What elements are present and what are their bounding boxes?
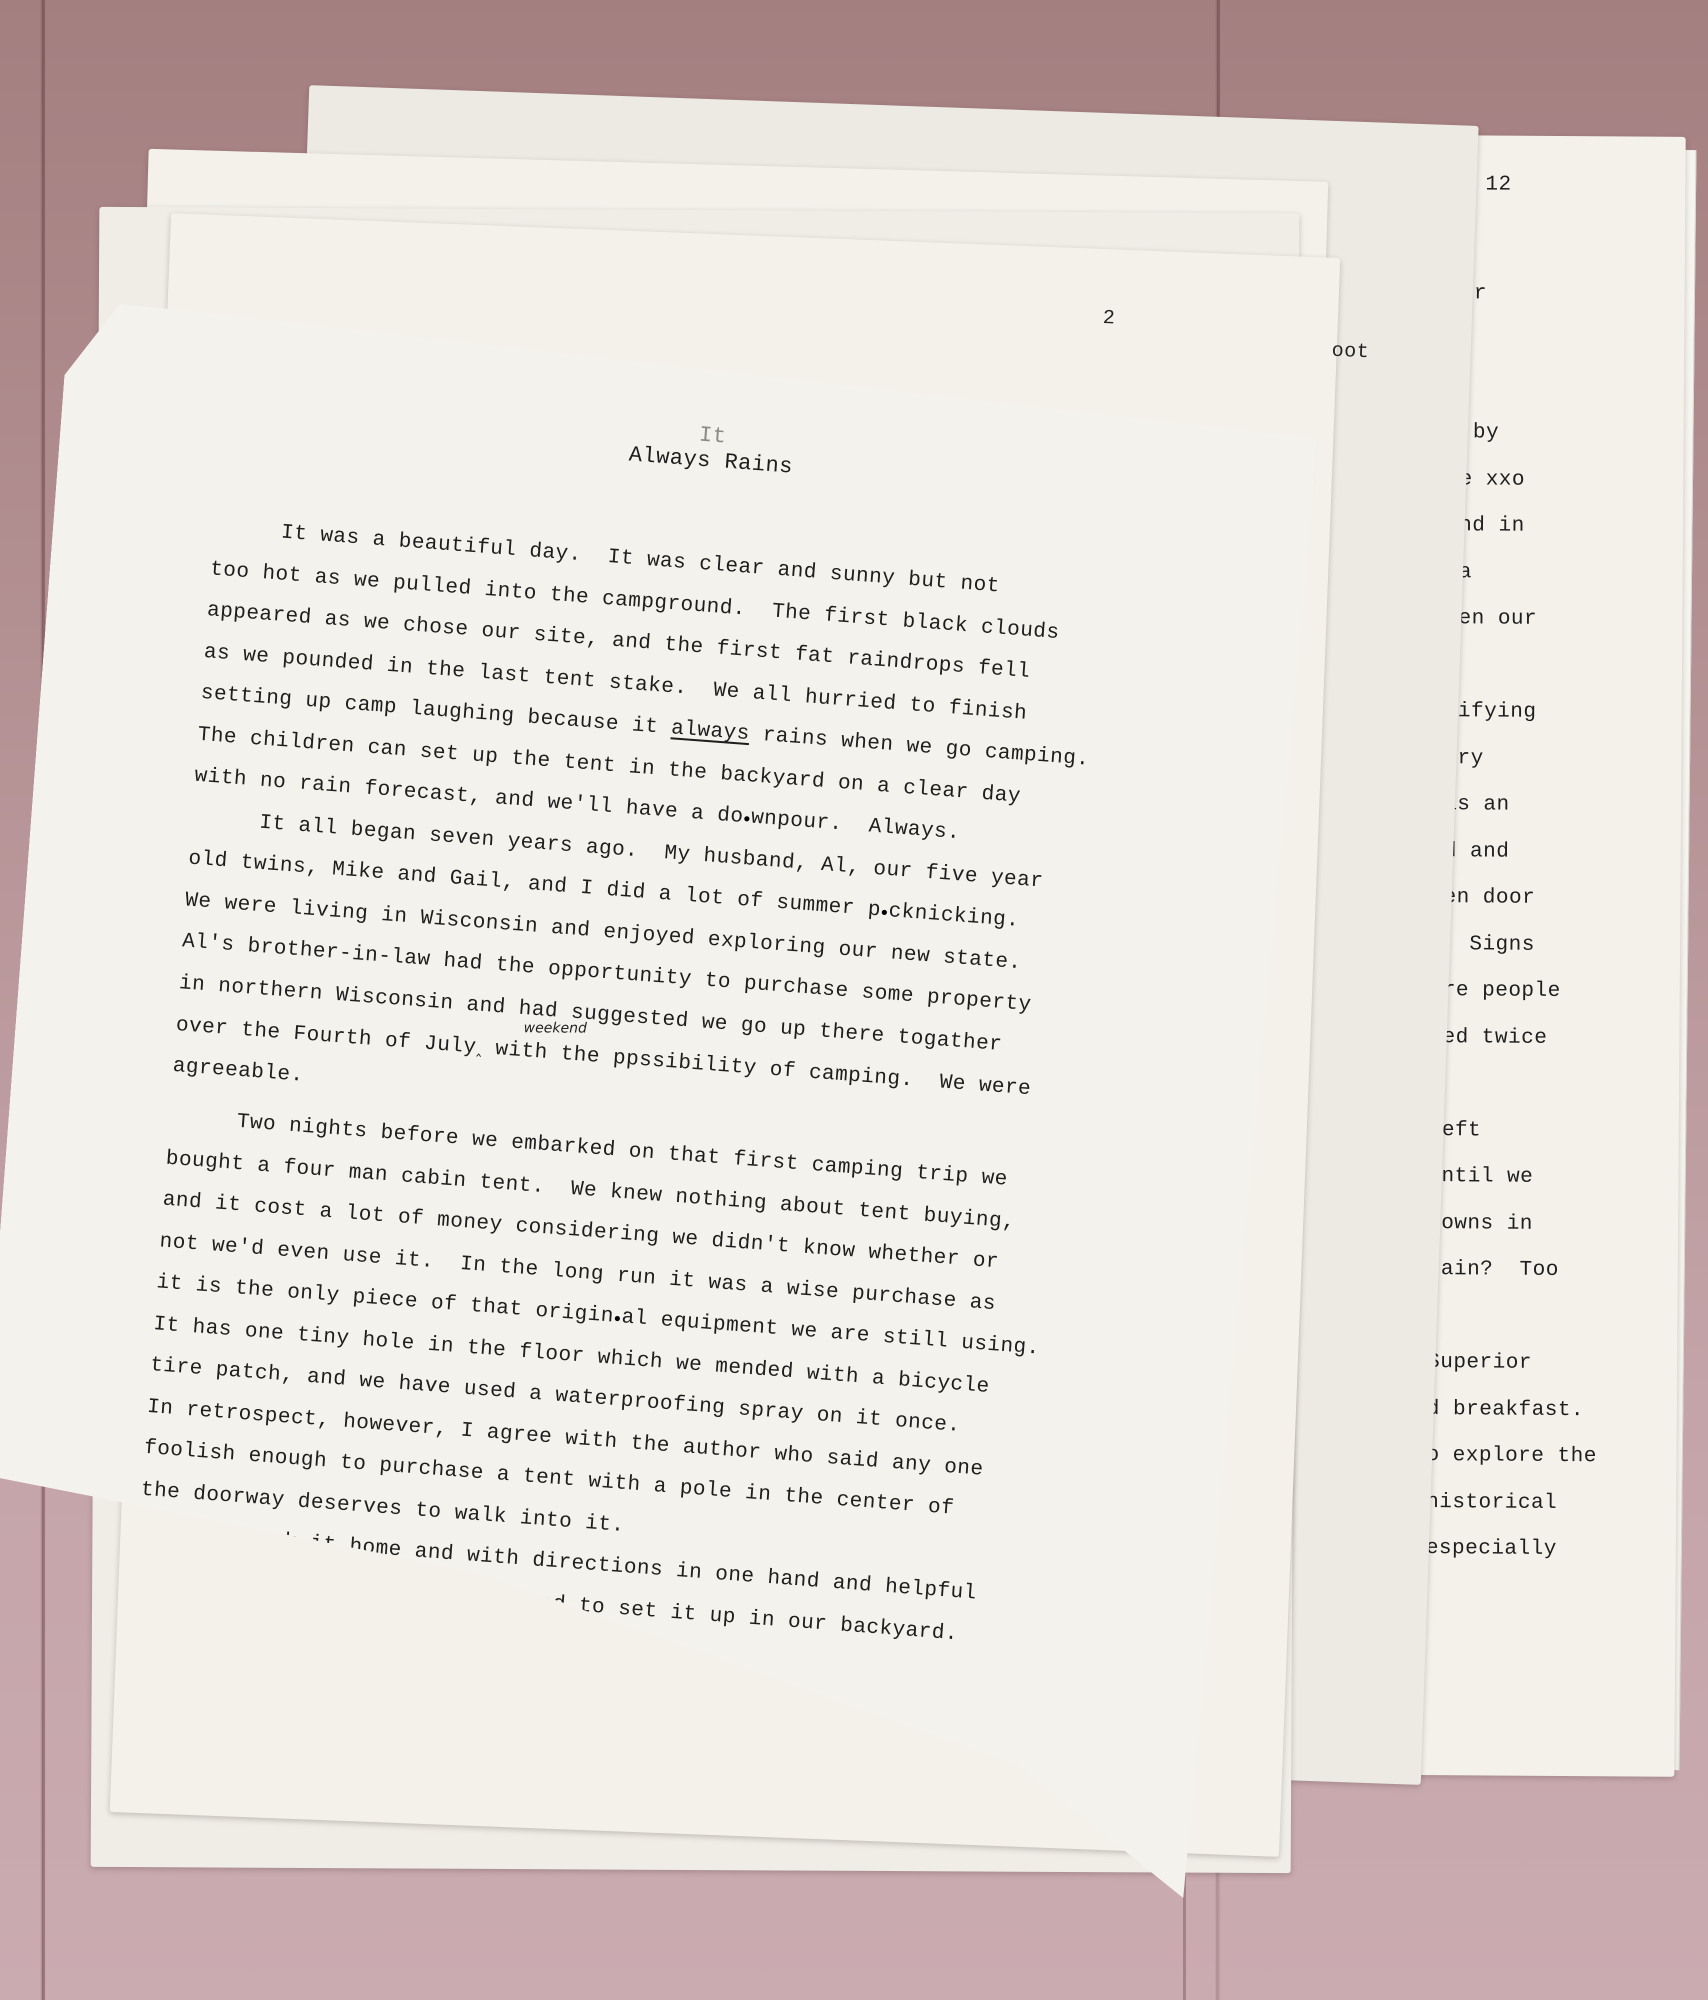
right-page-fragment-line: especially [1426, 1537, 1557, 1561]
paragraph: Two nights before we embarked on that fi… [139, 1097, 1147, 1584]
overtype-blot: ● [880, 906, 889, 921]
insertion-caret: ‸ [476, 1038, 483, 1057]
right-page-fragment-line: rain? Too [1428, 1258, 1559, 1282]
middle-page-mark: 2 [1102, 307, 1115, 330]
right-page-fragment-line: towns in [1428, 1212, 1533, 1236]
handwritten-word: weekend [524, 1008, 587, 1050]
story-body: It was a beautiful day. It was clear and… [133, 507, 1192, 1666]
right-page-fragment-line: until we [1428, 1165, 1533, 1189]
right-page-fragment-line: historical [1426, 1491, 1557, 1515]
right-page-fragment-line: Superior [1427, 1351, 1532, 1375]
title-text: Always Rains [628, 442, 794, 479]
title-faint-word: It [698, 423, 727, 450]
overtype-blot: ● [743, 812, 752, 827]
handwritten-insertion: ‸weekend [475, 1027, 484, 1070]
overtype-blot: ● [613, 1312, 622, 1327]
middle-page-fragment: oot [1331, 340, 1369, 364]
right-page-fragment-line: o explore the [1426, 1444, 1596, 1468]
underlined-word: always [670, 717, 750, 746]
right-page-fragment-line: d breakfast. [1427, 1398, 1584, 1422]
page-number: 12 [1485, 173, 1511, 196]
right-page-fragment-line: ore people [1430, 979, 1561, 1003]
